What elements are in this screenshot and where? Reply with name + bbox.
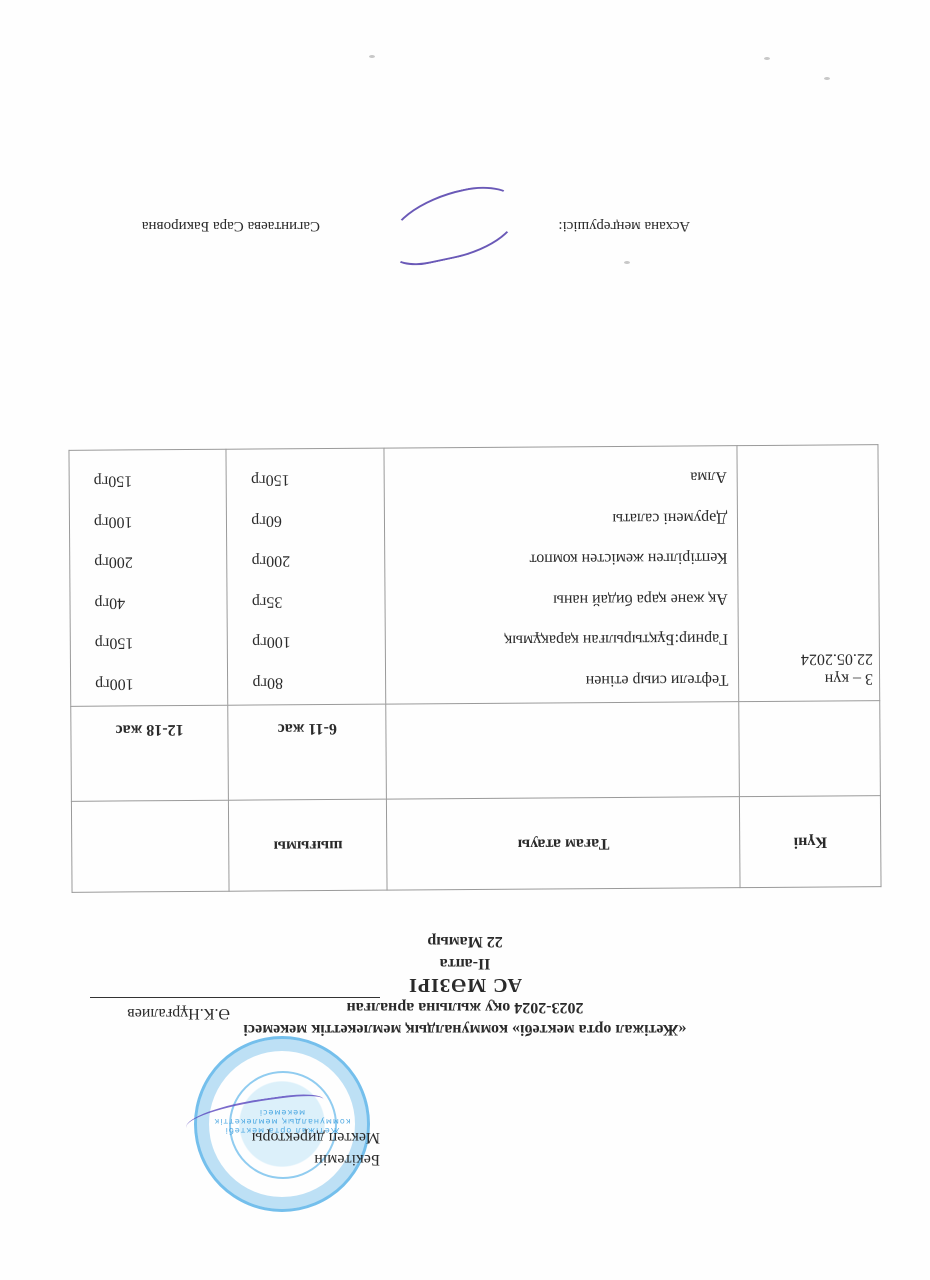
dish-item: Тефтели сиыр етінен (396, 649, 728, 692)
portion-value: 200гр (237, 530, 374, 571)
scan-speck (824, 77, 830, 80)
dish-item: Кептірілген жемістен компот (395, 527, 727, 570)
school-year: 2023-2024 оқу жылына арналған (140, 996, 790, 1018)
portion-6-11-list: 80гр 100гр 35гр 200гр 60гр 150гр (226, 448, 386, 705)
approval-label: Бекітемін (80, 1148, 380, 1170)
portion-value: 60гр (237, 489, 374, 530)
portion-value: 100гр (80, 490, 217, 531)
portion-value: 150гр (237, 449, 374, 490)
scan-speck (369, 55, 375, 58)
portion-value: 200гр (80, 531, 217, 572)
header-age-6-11: 6-11 жас (228, 704, 387, 800)
scan-speck (764, 57, 770, 60)
dish-item: Гарнир:Бұқтырылған қарақұмық (396, 608, 728, 651)
header-row: Күні Тағам атауы шығымы (71, 796, 881, 893)
dish-item: Алма (395, 446, 727, 489)
menu-heading: АС МӘЗІРІ (140, 974, 790, 996)
dish-list: Тефтели сиыр етінен Гарнир:Бұқтырылған қ… (384, 446, 739, 704)
document-title-block: «Жетіжал орта мектебі» коммуналдық мемле… (140, 930, 790, 1040)
scan-speck (624, 261, 630, 264)
cook-signature (381, 179, 526, 271)
portion-value: 35гр (238, 570, 375, 611)
portion-value: 150гр (81, 612, 218, 653)
portion-value: 40гр (80, 571, 217, 612)
portion-value: 100гр (238, 611, 375, 652)
menu-date: 22 Мамыр (140, 930, 790, 952)
institution-name: «Жетіжал орта мектебі» коммуналдық мемле… (140, 1018, 790, 1040)
portion-value: 80гр (238, 651, 375, 692)
day-date: 22.05.2024 (749, 648, 873, 669)
dish-item: Дәрумені салаты (395, 487, 727, 530)
age-empty-dish (386, 702, 740, 799)
dish-item: Ақ және қара бидай наны (396, 568, 728, 611)
day-label: 3 – күн (749, 668, 873, 689)
portion-value: 150гр (79, 450, 216, 491)
day-cell: 3 – күн 22.05.2024 (737, 445, 880, 702)
week-label: ІІ-апта (140, 952, 790, 974)
header-dish: Тағам атауы (387, 797, 740, 890)
header-yield: шығымы (229, 799, 388, 891)
scanned-document-page: Жетіжал орта мектебі коммуналдық мемлеке… (0, 0, 930, 1280)
portion-12-18-list: 100гр 150гр 40гр 200гр 100гр 150гр (69, 449, 228, 706)
age-header-row: 6-11 жас 12-18 жас (71, 701, 881, 802)
portion-value: 100гр (81, 652, 218, 693)
header-day: Күні (740, 796, 881, 888)
menu-table: Күні Тағам атауы шығымы 6-11 жас 12-18 ж… (68, 444, 881, 893)
header-empty (71, 800, 229, 892)
age-empty-day (739, 701, 880, 797)
header-age-12-18: 12-18 жас (71, 705, 229, 801)
cook-label: Асхана меңгерушісі: (558, 217, 690, 234)
cook-name: Сагинтаева Сара Бакировна (142, 217, 320, 234)
menu-body-row: 3 – күн 22.05.2024 Тефтели сиыр етінен Г… (69, 445, 880, 707)
